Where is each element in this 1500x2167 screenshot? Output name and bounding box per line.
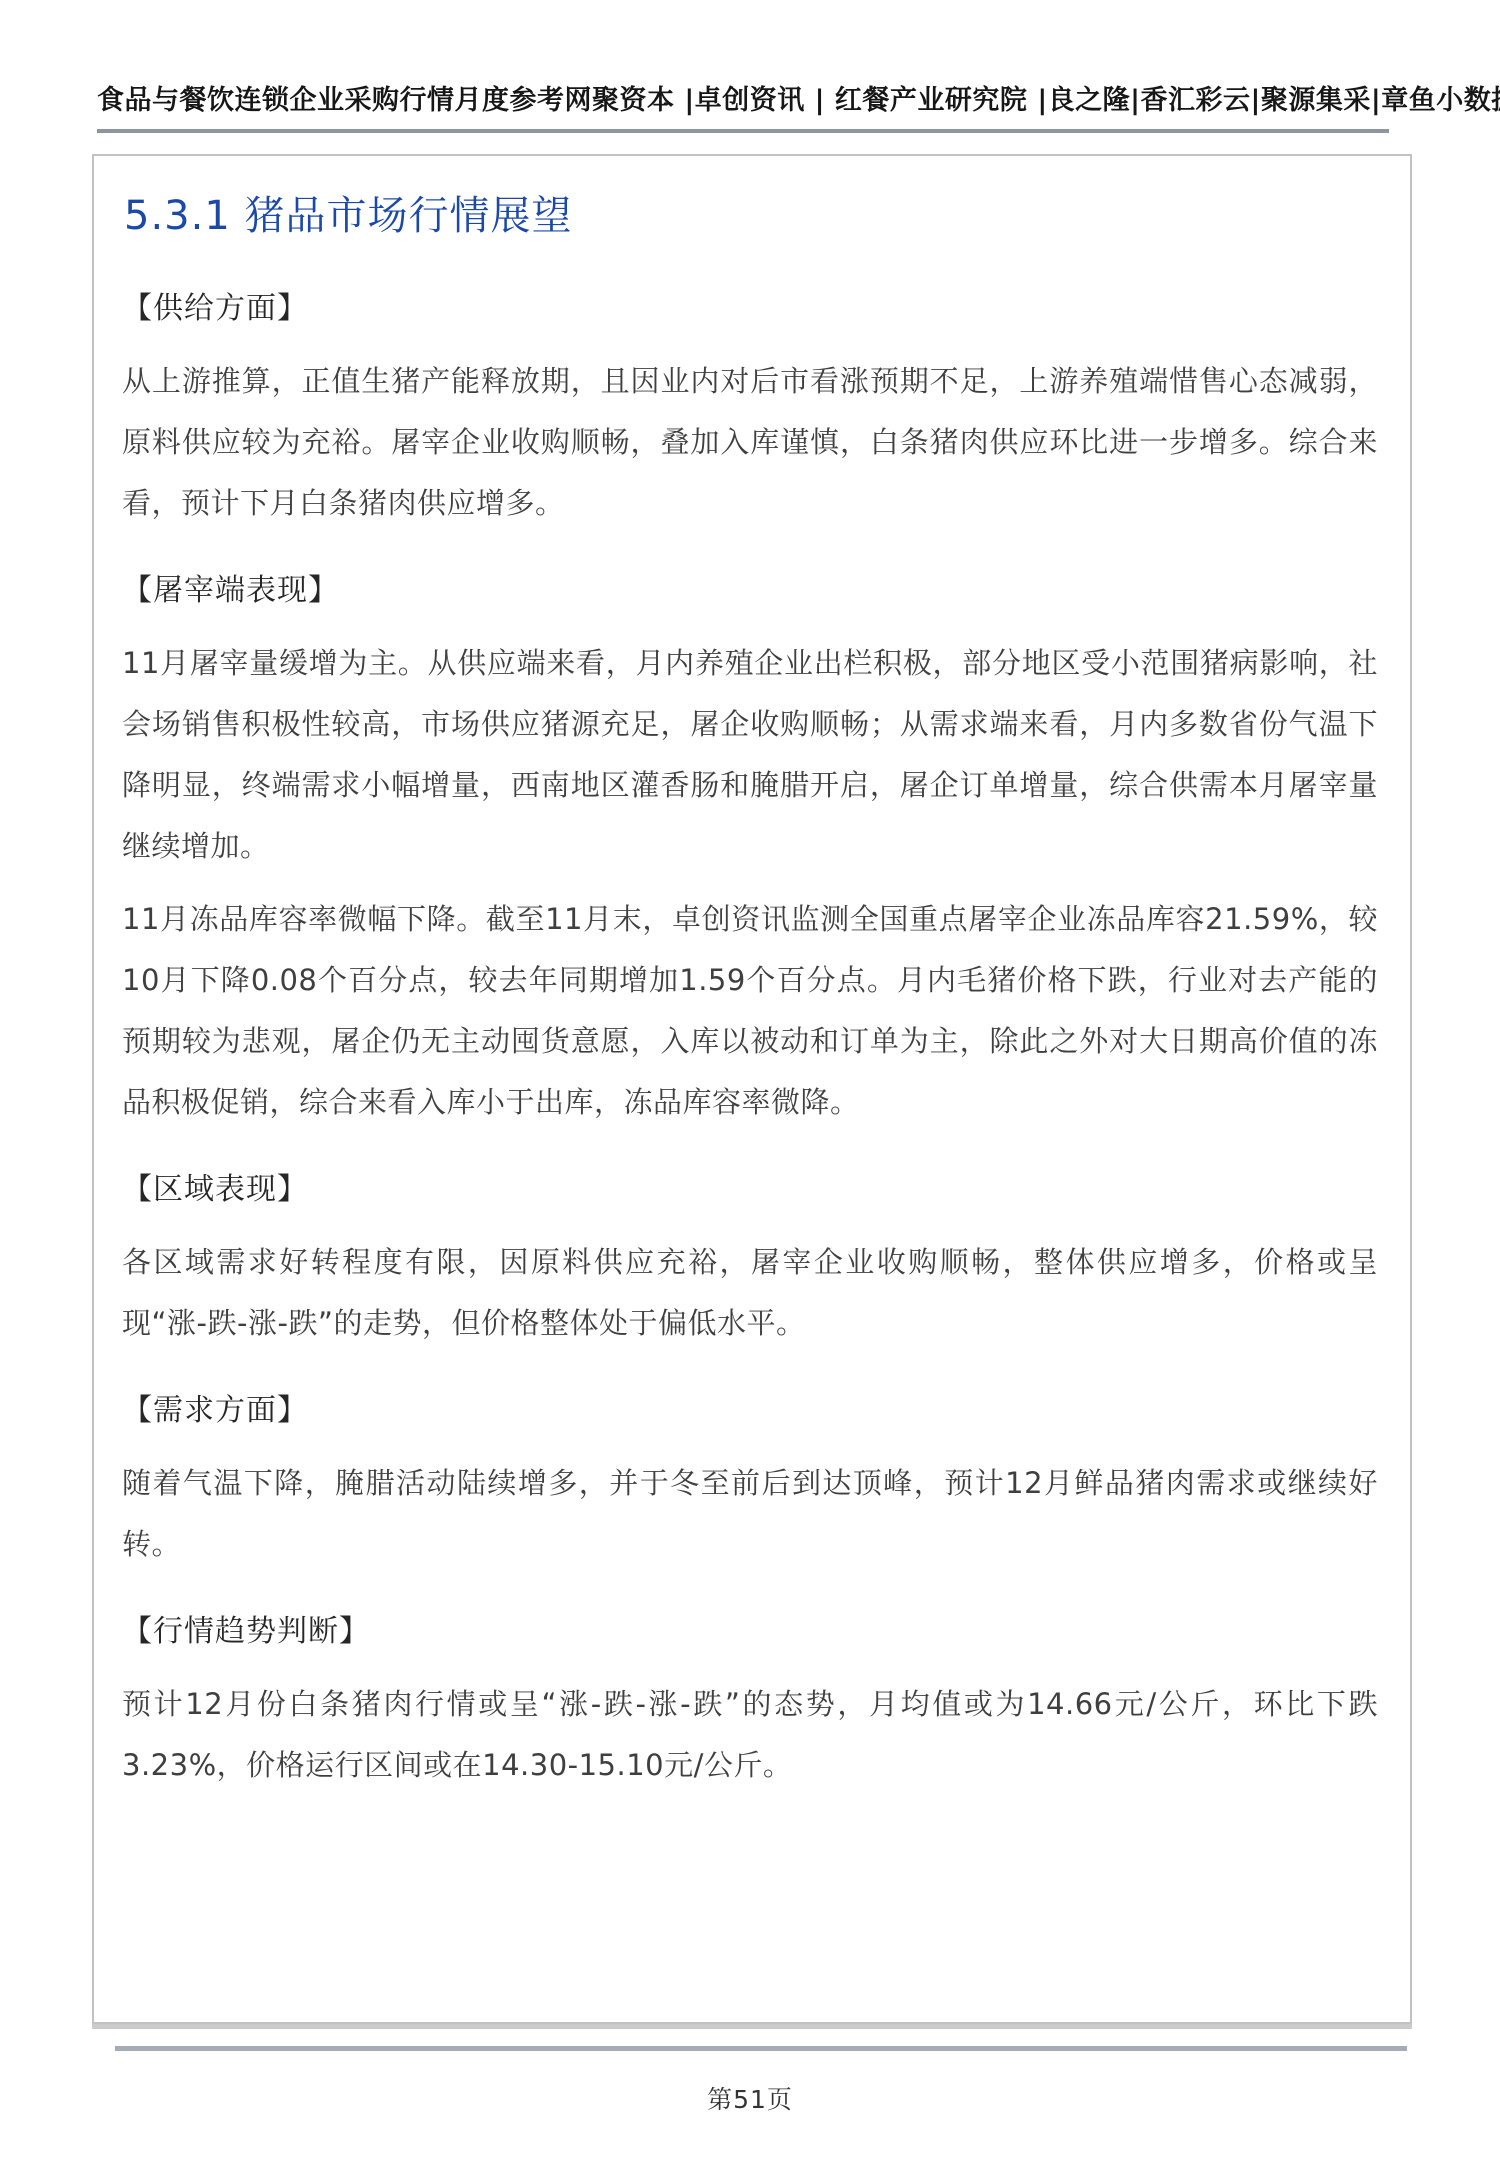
page-title: 5.3.1 猪品市场行情展望	[124, 190, 1378, 242]
footer-divider	[115, 2046, 1407, 2051]
body-paragraph: 各区域需求好转程度有限，因原料供应充裕，屠宰企业收购顺畅，整体供应增多，价格或呈…	[122, 1232, 1378, 1354]
content-box: 5.3.1 猪品市场行情展望 【供给方面】 从上游推算，正值生猪产能释放期，且因…	[92, 154, 1412, 2024]
body-paragraph: 从上游推算，正值生猪产能释放期，且因业内对后市看涨预期不足，上游养殖端惜售心态减…	[122, 351, 1378, 534]
section-heading-region: 【区域表现】	[122, 1159, 1378, 1220]
body-paragraph: 11月屠宰量缓增为主。从供应端来看，月内养殖企业出栏积极，部分地区受小范围猪病影…	[122, 633, 1378, 877]
page-number: 第51页	[0, 2080, 1500, 2116]
body-paragraph: 随着气温下降，腌腊活动陆续增多，并于冬至前后到达顶峰，预计12月鲜品猪肉需求或继…	[122, 1453, 1378, 1575]
body-paragraph: 11月冻品库容率微幅下降。截至11月末，卓创资讯监测全国重点屠宰企业冻品库容21…	[122, 889, 1378, 1133]
header-report-title: 食品与餐饮连锁企业采购行情月度参考	[97, 78, 565, 117]
section-heading-slaughter: 【屠宰端表现】	[122, 560, 1378, 621]
document-page: 食品与餐饮连锁企业采购行情月度参考 网聚资本 |卓创资讯 | 红餐产业研究院 |…	[0, 0, 1500, 2167]
header-brand-list: 网聚资本 |卓创资讯 | 红餐产业研究院 |良之隆|香汇彩云|聚源集采|章鱼小数…	[565, 78, 1500, 117]
section-heading-demand: 【需求方面】	[122, 1380, 1378, 1441]
running-header: 食品与餐饮连锁企业采购行情月度参考 网聚资本 |卓创资讯 | 红餐产业研究院 |…	[97, 78, 1403, 117]
section-heading-trend: 【行情趋势判断】	[122, 1601, 1378, 1662]
header-divider	[97, 129, 1389, 133]
section-heading-supply: 【供给方面】	[122, 278, 1378, 339]
body-paragraph: 预计12月份白条猪肉行情或呈“涨-跌-涨-跌”的态势，月均值或为14.66元/公…	[122, 1674, 1378, 1796]
